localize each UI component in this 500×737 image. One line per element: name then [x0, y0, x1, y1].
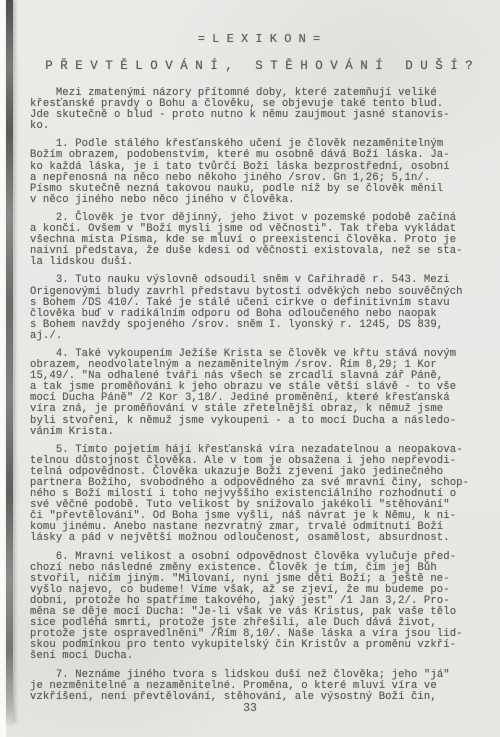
document-content: = L E X I K O N = P Ř E V T Ě L O V Á N …	[30, 32, 488, 710]
page-number: 33	[0, 702, 500, 715]
paragraph-2: 2. Člověk je tvor dějinný, jeho život v …	[30, 213, 488, 268]
lexikon-header: = L E X I K O N =	[30, 32, 488, 46]
paragraph-1: 1. Podle stálého křesťanského učení je č…	[30, 139, 488, 206]
paragraph-3: 3. Tuto nauku výslovně odsoudil sněm v C…	[30, 275, 488, 342]
article-title: P Ř E V T Ě L O V Á N Í , S T Ě H O V Á …	[30, 59, 488, 73]
scan-edge-shadow-line	[6, 0, 13, 723]
scan-binding-edge	[0, 0, 22, 737]
paragraph-7: 7. Neznáme jiného tvora s lidskou duší n…	[30, 670, 488, 703]
intro-paragraph: Mezi zmatenými názory přítomné doby, kte…	[30, 88, 488, 132]
scanned-document-page: = L E X I K O N = P Ř E V T Ě L O V Á N …	[0, 0, 500, 737]
paragraph-4: 4. Také vykoupením Ježíše Krista se člov…	[30, 349, 488, 438]
paragraph-6: 6. Mravní velikost a osobní odpovědnost …	[30, 552, 488, 663]
paragraph-5: 5. Tímto pojetím hájí křesťanská víra ne…	[30, 445, 488, 545]
